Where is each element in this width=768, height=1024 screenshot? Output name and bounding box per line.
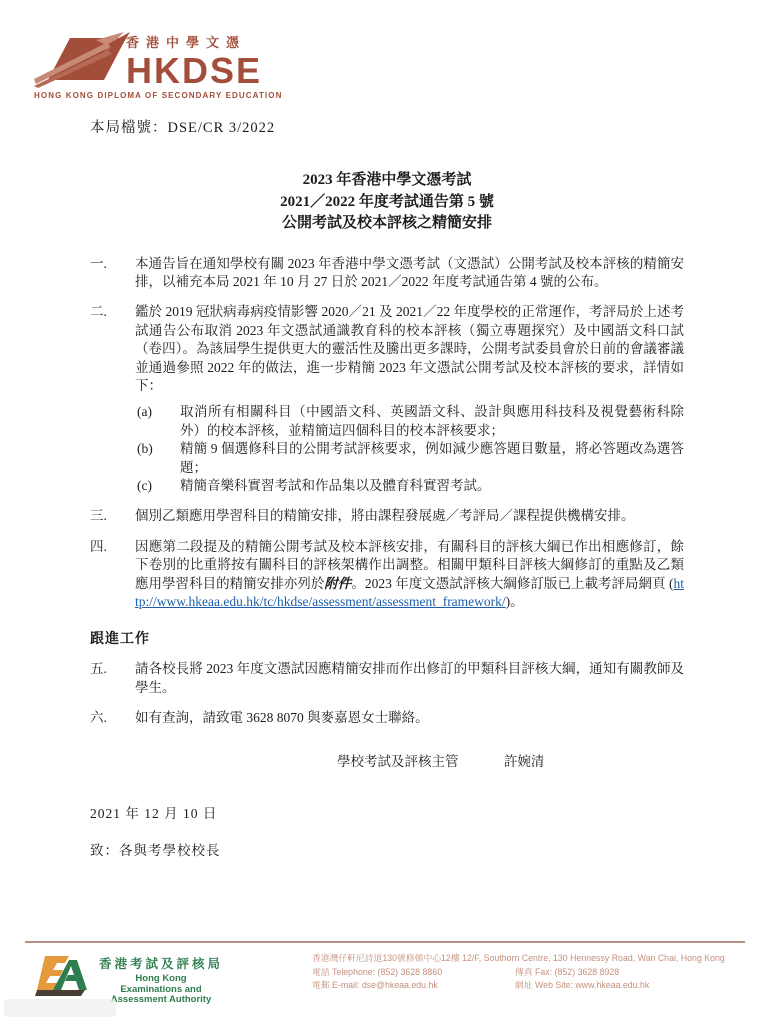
sub-item-b: (b) 精簡 9 個選修科目的公開考試評核要求，例如減少應答題目數量，將必答題改… [137, 440, 684, 477]
sub-item-b-text: 精簡 9 個選修科目的公開考試評核要求，例如減少應答題目數量，將必答題改為選答題… [180, 440, 684, 477]
paragraph-2-number: 二. [90, 303, 135, 395]
document-page: 香港中學文憑 HKDSE HONG KONG DIPLOMA OF SECOND… [0, 0, 768, 1024]
paragraph-2: 二. 鑑於 2019 冠狀病毒病疫情影響 2020／21 及 2021／22 年… [90, 303, 684, 395]
sub-item-b-label: (b) [137, 440, 180, 477]
addressee-line: 致：各與考學校校長 [90, 839, 684, 859]
paragraph-3-number: 三. [90, 507, 135, 525]
sub-item-c: (c) 精簡音樂科實習考試和作品集以及體育科實習考試。 [137, 477, 684, 495]
paragraph-3: 三. 個別乙類應用學習科目的精簡安排，將由課程發展處／考評局／課程提供機構安排。 [90, 507, 684, 525]
footer-address: 香港灣仔軒尼詩道130號修頓中心12樓 12/F, Southorn Centr… [312, 952, 745, 966]
title-line-1: 2023 年香港中學文憑考試 [90, 170, 684, 192]
hkdse-logo-tagline: HONG KONG DIPLOMA OF SECONDARY EDUCATION [34, 91, 244, 100]
paragraph-3-text: 個別乙類應用學習科目的精簡安排，將由課程發展處／考評局／課程提供機構安排。 [135, 507, 684, 525]
footer-email: 電郵 E-mail: dse@hkeaa.edu.hk [312, 979, 515, 993]
paragraph-1-number: 一. [90, 255, 135, 292]
date-line: 2021 年 12 月 10 日 [90, 802, 684, 822]
paragraph-5-number: 五. [90, 660, 135, 697]
hkdse-logo: 香港中學文憑 HKDSE HONG KONG DIPLOMA OF SECOND… [34, 30, 244, 100]
paragraph-6: 六. 如有查詢，請致電 3628 8070 與麥嘉恩女士聯絡。 [90, 709, 684, 727]
document-title: 2023 年香港中學文憑考試 2021／2022 年度考試通告第 5 號 公開考… [90, 170, 684, 235]
hkeaa-en-line-1: Hong Kong [99, 974, 223, 985]
footer-fax: 傳真 Fax: (852) 3628 8928 [515, 966, 745, 980]
footer-telephone: 電話 Telephone: (852) 3628 8860 [312, 966, 515, 980]
paragraph-5-text: 請各校長將 2023 年度文憑試因應精簡安排而作出修訂的甲類科目評核大綱，通知有… [135, 660, 684, 697]
hkeaa-logo: 香港考試及評核局 Hong Kong Examinations and Asse… [35, 954, 223, 1006]
paragraph-4-text-mid: 。2023 年度文憑試評核大綱修訂版已上載考評局網頁 ( [351, 576, 673, 591]
sub-item-a-text: 取消所有相關科目（中國語文科、英國語文科、設計與應用科技科及視覺藝術科除外）的校… [180, 403, 684, 440]
hkdse-logo-acronym: HKDSE [126, 52, 262, 90]
attachment-reference: 附件 [324, 576, 351, 591]
hkeaa-logo-icon [35, 954, 91, 998]
sub-item-a-label: (a) [137, 403, 180, 440]
watermark-artifact [4, 999, 116, 1017]
footer-contact-info: 香港灣仔軒尼詩道130號修頓中心12樓 12/F, Southorn Centr… [312, 952, 745, 993]
paragraph-6-number: 六. [90, 709, 135, 727]
document-body: 2023 年香港中學文憑考試 2021／2022 年度考試通告第 5 號 公開考… [90, 170, 684, 859]
footer-website: 網址 Web Site: www.hkeaa.edu.hk [515, 979, 745, 993]
paragraph-5: 五. 請各校長將 2023 年度文憑試因應精簡安排而作出修訂的甲類科目評核大綱，… [90, 660, 684, 697]
title-line-3: 公開考試及校本評核之精簡安排 [90, 213, 684, 235]
title-line-2: 2021／2022 年度考試通告第 5 號 [90, 192, 684, 214]
paragraph-4-number: 四. [90, 538, 135, 612]
hkeaa-cjk-name: 香港考試及評核局 [99, 954, 223, 972]
hkdse-logo-cjk: 香港中學文憑 [126, 32, 262, 51]
hkeaa-en-name: Hong Kong Examinations and Assessment Au… [99, 974, 223, 1006]
footer-divider [25, 941, 745, 943]
signer-name: 許婉清 [504, 754, 545, 769]
sub-item-a: (a) 取消所有相關科目（中國語文科、英國語文科、設計與應用科技科及視覺藝術科除… [137, 403, 684, 440]
paragraph-4: 四. 因應第二段提及的精簡公開考試及校本評核安排，有關科目的評核大綱已作出相應修… [90, 538, 684, 612]
sub-item-list: (a) 取消所有相關科目（中國語文科、英國語文科、設計與應用科技科及視覺藝術科除… [90, 403, 684, 495]
paragraph-2-text: 鑑於 2019 冠狀病毒病疫情影響 2020／21 及 2021／22 年度學校… [135, 303, 684, 395]
followup-section-heading: 跟進工作 [90, 628, 684, 648]
paragraph-6-text: 如有查詢，請致電 3628 8070 與麥嘉恩女士聯絡。 [135, 709, 684, 727]
hkdse-logo-icon [34, 30, 134, 88]
sub-item-c-text: 精簡音樂科實習考試和作品集以及體育科實習考試。 [180, 477, 684, 495]
paragraph-4-text-after: )。 [506, 594, 524, 609]
signer-role: 學校考試及評核主管 [337, 754, 459, 769]
sub-item-c-label: (c) [137, 477, 180, 495]
paragraph-1: 一. 本通告旨在通知學校有關 2023 年香港中學文憑考試（文憑試）公開考試及校… [90, 255, 684, 292]
hkeaa-en-line-3: Assessment Authority [99, 995, 223, 1006]
paragraph-4-text: 因應第二段提及的精簡公開考試及校本評核安排，有關科目的評核大綱已作出相應修訂，餘… [135, 538, 684, 612]
signature-row: 學校考試及評核主管 許婉清 [337, 750, 684, 770]
paragraph-1-text: 本通告旨在通知學校有關 2023 年香港中學文憑考試（文憑試）公開考試及校本評核… [135, 255, 684, 292]
doc-ref-number: 本局檔號：DSE/CR 3/2022 [90, 116, 275, 137]
